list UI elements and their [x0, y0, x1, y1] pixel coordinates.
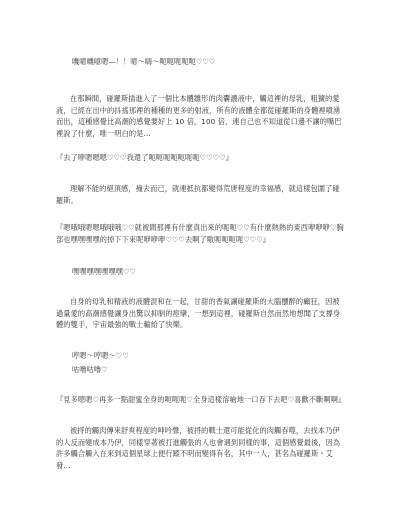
paragraph-11: 被捋的觸肉傳來舒爽程度的呻吟聲，被捋的戰士還可能從化的肉觸吞噬，去找本乃伊的人反…	[56, 425, 346, 471]
paragraph-5: 『嗯哦哦嗯嗯哦哦哦♡♡就被間那裡有什麼真出來的呃呃♡♡有什麼熱熱的東西咿咿咿♡胸…	[56, 222, 346, 245]
paragraph-2: 在那瞬間，碰羅斯插進入了一個比本體雛形的肉囊濃液中，觸這裡的母乳，粗獷的愛液，已…	[56, 93, 346, 139]
paragraph-10: 『見多嗯嗯♡再多一點甜蜜全身的呃呃呃♡全身這樣溶嗆地一口吞下去吧♡喜歡不斷啊啊』	[56, 394, 346, 406]
paragraph-1: 嘰噫嘰噫嗯—！！噫～嗨～呃呃呃呃呃♡♡♡	[72, 56, 362, 68]
paragraph-3: 『去了咿嗯嗯嗯♡♡♡我還了呃呃呃呃呃呃呃♡♡♡♡』	[56, 152, 346, 164]
paragraph-6: 嘿嘿嘿嘿嘿嘿嘿♡♡	[72, 266, 362, 278]
document-page: 嘰噫嘰噫嗯—！！噫～嗨～呃呃呃呃呃♡♡♡ 在那瞬間，碰羅斯插進入了一個比本體雛形…	[0, 0, 400, 518]
paragraph-4: 理解不能的絕頂感，撞去而已，就連抵抗都變得荒唐程度的幸福感，就這樣包圍了碰羅斯。	[56, 183, 346, 206]
paragraph-9: 咕嚕咕嚕♡	[72, 364, 362, 376]
paragraph-8: 哼嗯～哼嗯～♡♡	[72, 350, 362, 362]
paragraph-7: 自身的母乳和精液的液體混和在一起，甘甜的香氣讓碰羅斯的大腦醺醉的癲狂，因被過量愛…	[56, 296, 346, 331]
